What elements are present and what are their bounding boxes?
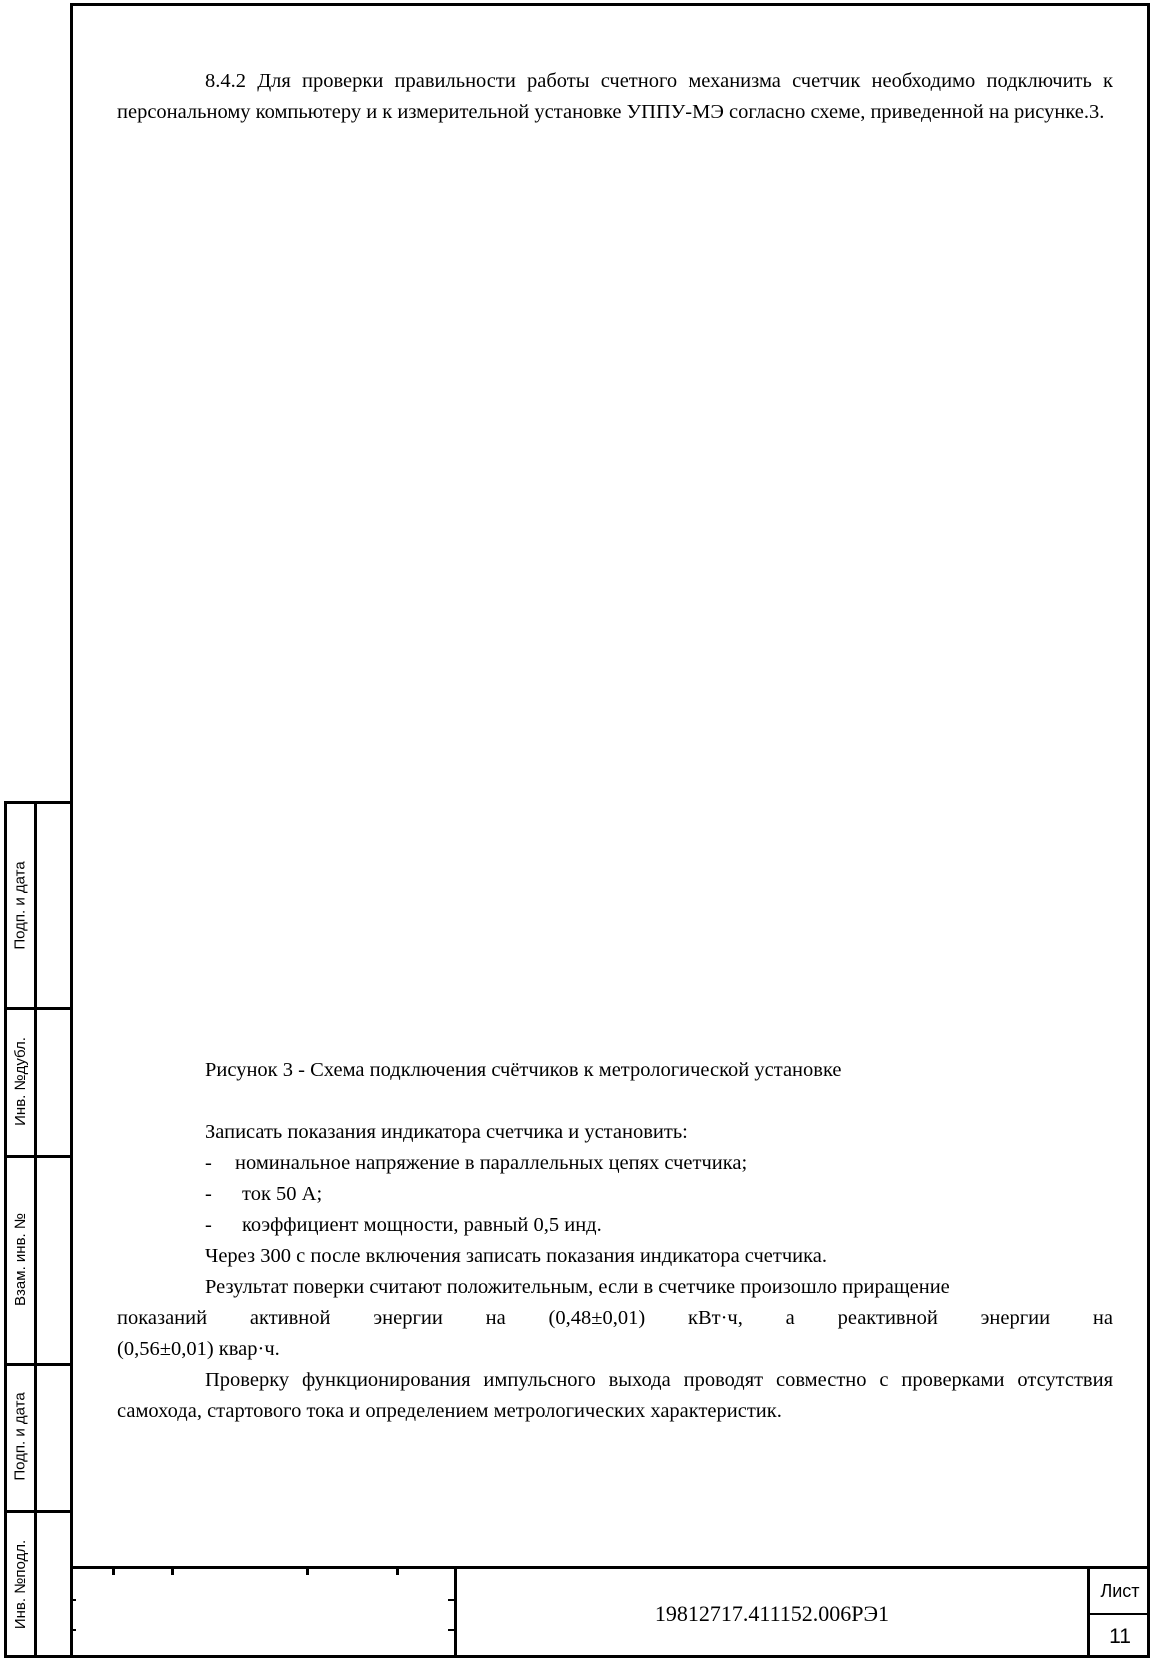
title-block-tick [70,1629,76,1631]
sheet-label: Лист [1090,1569,1150,1615]
list-marker: - [205,1210,242,1241]
list-item: -коэффициент мощности, равный 0,5 инд. [117,1210,1113,1241]
list-item: -номинальное напряжение в параллельных ц… [117,1148,1113,1179]
title-block-tick [171,1569,174,1575]
figure-caption: Рисунок 3 - Схема подключения счётчиков … [205,1059,842,1082]
sheet-box: Лист 11 [1090,1569,1150,1658]
side-stamp-label: Подп. и дата [8,1363,33,1510]
list-marker: - [205,1148,235,1179]
result-line-1: Результат поверки считают положительным,… [117,1272,1113,1303]
list-item-text: коэффициент мощности, равный 0,5 инд. [242,1214,602,1236]
result-line-2: показаний активной энергии на (0,48±0,01… [117,1303,1113,1334]
list-marker: - [205,1179,242,1210]
list-item-text: ток 50 А; [242,1183,322,1205]
side-stamp-divider [34,804,37,1655]
side-stamp-label: Подп. и дата [8,804,33,1007]
side-stamp-label: Взам. инв. № [8,1155,33,1363]
result-line-3: (0,56±0,01) квар·ч. [117,1334,1113,1365]
pulse-check-text: Проверку функционирования импульсного вы… [117,1365,1113,1427]
procedure-block: Записать показания индикатора счетчика и… [117,1117,1113,1427]
title-block-tick [396,1569,399,1575]
side-stamp-label: Инв. №дубл. [8,1007,33,1155]
title-block: 19812717.411152.006РЭ1 Лист 11 [70,1566,1150,1658]
after-wait-text: Через 300 с после включения записать пок… [117,1241,1113,1272]
list-item: -ток 50 А; [117,1179,1113,1210]
title-block-tick [112,1569,115,1575]
side-stamp: Подп. и дата Инв. №дубл. Взам. инв. № По… [4,801,71,1658]
intro-paragraph: 8.4.2 Для проверки правильности работы с… [117,66,1113,128]
side-stamp-label: Инв. №подл. [8,1510,33,1658]
intro-text: 8.4.2 Для проверки правильности работы с… [117,66,1113,128]
list-item-text: номинальное напряжение в параллельных це… [235,1152,747,1174]
title-block-tick [70,1599,76,1601]
title-block-tick [306,1569,309,1575]
document-number: 19812717.411152.006РЭ1 [457,1569,1087,1658]
instruction-text: Записать показания индикатора счетчика и… [117,1117,1113,1148]
sheet-number: 11 [1090,1615,1150,1659]
